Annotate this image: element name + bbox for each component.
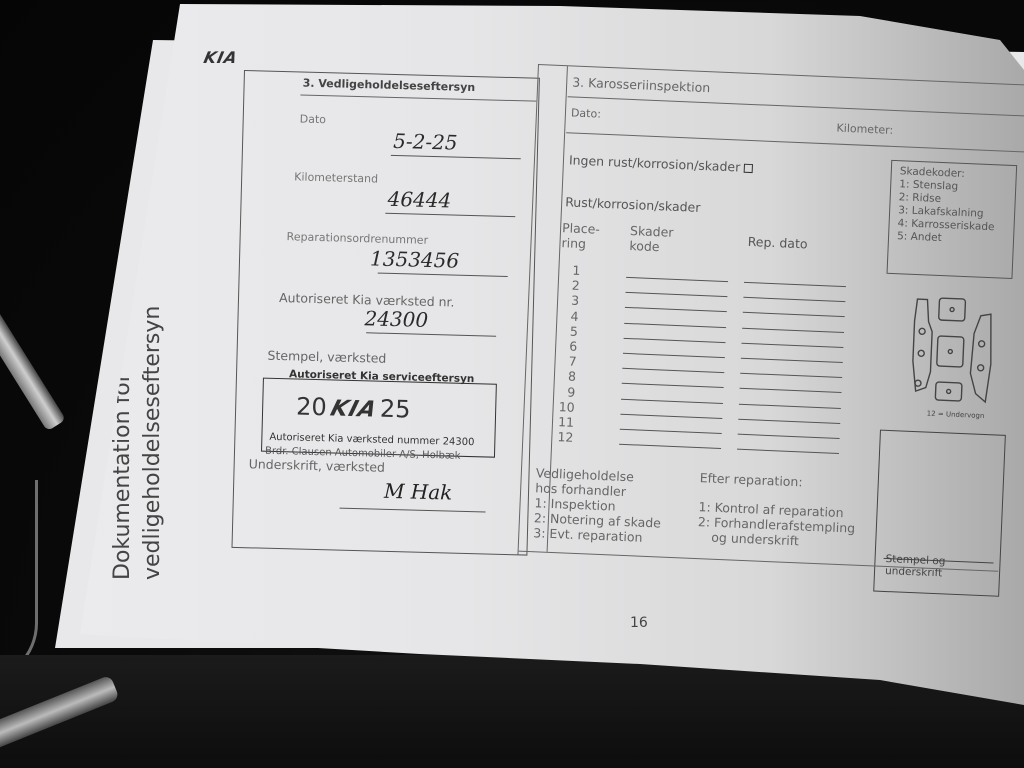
date-label: Dato bbox=[300, 112, 327, 126]
damage-code-header: Skader kode bbox=[629, 223, 674, 255]
placement-header-1: Place- bbox=[562, 220, 600, 237]
service-form-heading: 3. Vedligeholdelseseftersyn bbox=[303, 77, 476, 95]
damage-code-field[interactable] bbox=[621, 398, 723, 403]
divider bbox=[300, 94, 536, 101]
row-number: 4 bbox=[554, 308, 579, 324]
damage-code-field[interactable] bbox=[622, 383, 724, 388]
divider bbox=[566, 132, 1024, 153]
repair-order-underline bbox=[378, 273, 508, 277]
damage-code-field[interactable] bbox=[623, 353, 725, 358]
body-inspection-form: 3. Karosseriinspektion Dato: Kilometer: … bbox=[517, 64, 1024, 576]
repair-date-field[interactable] bbox=[741, 343, 843, 348]
stamp-year: 20KIA25 bbox=[296, 392, 411, 423]
repair-date-field[interactable] bbox=[743, 312, 845, 317]
damage-code-field[interactable] bbox=[624, 338, 726, 343]
row-number: 5 bbox=[554, 323, 579, 339]
service-form: 3. Vedligeholdelseseftersyn Dato 5-2-25 … bbox=[231, 70, 539, 556]
body-inspection-heading: 3. Karosseriinspektion bbox=[572, 74, 711, 95]
damage-code-field[interactable] bbox=[625, 292, 727, 297]
damage-code-field[interactable] bbox=[626, 277, 728, 282]
date-field[interactable]: 5-2-25 bbox=[393, 129, 458, 155]
row-number: 7 bbox=[552, 353, 577, 369]
row-number: 11 bbox=[550, 414, 575, 430]
damage-code-header-2: kode bbox=[629, 238, 673, 255]
svg-text:12 = Undervogn: 12 = Undervogn bbox=[927, 410, 985, 420]
stamp-kia-logo: KIA bbox=[327, 396, 379, 422]
spine-title-line2: vedligeholdelseseftersyn bbox=[138, 306, 168, 580]
repair-date-field[interactable] bbox=[739, 403, 841, 408]
repair-date-field[interactable] bbox=[743, 297, 845, 302]
damage-codes-box: Skadekoder: 1: Stenslag 2: Ridse 3: Laka… bbox=[887, 160, 1018, 279]
row-number: 2 bbox=[555, 277, 580, 293]
date-underline bbox=[391, 155, 521, 159]
dealer-stamp-box[interactable]: Stempel og underskrift bbox=[873, 430, 1006, 597]
row-number: 8 bbox=[552, 368, 577, 384]
repair-date-field[interactable] bbox=[740, 388, 842, 393]
page-number: 16 bbox=[630, 615, 648, 631]
inspection-date-label: Dato: bbox=[571, 106, 601, 120]
damage-code-field[interactable] bbox=[619, 444, 721, 449]
damage-code-field[interactable] bbox=[625, 307, 727, 312]
placement-header: Place- ring bbox=[561, 220, 600, 252]
damage-code-field[interactable] bbox=[624, 322, 726, 327]
damage-code-field[interactable] bbox=[622, 368, 724, 373]
repair-date-field[interactable] bbox=[741, 358, 843, 363]
rust-label: Rust/korrosion/skader bbox=[565, 194, 701, 215]
repair-date-header: Rep. dato bbox=[747, 234, 807, 251]
no-rust-checkbox[interactable] bbox=[744, 164, 753, 173]
row-number: 10 bbox=[550, 399, 575, 415]
repair-order-field[interactable]: 1353456 bbox=[370, 246, 460, 272]
no-rust-text: Ingen rust/korrosion/skader bbox=[569, 152, 741, 174]
stamp-label: Stempel, værksted bbox=[267, 348, 386, 366]
damage-code-field[interactable] bbox=[620, 414, 722, 419]
signature-label: Underskrift, værksted bbox=[248, 456, 385, 475]
repair-date-field[interactable] bbox=[738, 418, 840, 423]
mileage-field[interactable]: 46444 bbox=[387, 187, 451, 213]
signature-underline bbox=[340, 508, 486, 513]
mileage-label: Kilometerstand bbox=[294, 170, 378, 185]
repair-date-field[interactable] bbox=[737, 449, 839, 454]
repair-date-field[interactable] bbox=[738, 434, 840, 439]
workshop-number-field[interactable]: 24300 bbox=[364, 306, 428, 332]
car-body-diagram-icon: 12 = Undervogn bbox=[904, 291, 999, 425]
repair-date-field[interactable] bbox=[740, 373, 842, 378]
stamp-year-left: 20 bbox=[296, 392, 327, 421]
maintenance-notes: Vedligeholdelse hos forhandler 1: Inspek… bbox=[533, 465, 663, 545]
inspection-mileage-label: Kilometer: bbox=[836, 122, 893, 137]
row-number: 1 bbox=[556, 262, 581, 278]
damage-code-field[interactable] bbox=[620, 429, 722, 434]
mileage-underline bbox=[385, 213, 515, 217]
row-number: 6 bbox=[553, 338, 578, 354]
placement-header-2: ring bbox=[561, 235, 599, 252]
service-booklet: KIA Dokumentation for vedligeholdelsesef… bbox=[0, 0, 1024, 768]
row-number: 3 bbox=[555, 292, 580, 308]
divider bbox=[568, 96, 1024, 117]
row-number: 9 bbox=[551, 383, 576, 399]
damage-codes: Skadekoder: 1: Stenslag 2: Ridse 3: Laka… bbox=[897, 165, 997, 247]
stamp-year-right: 25 bbox=[380, 395, 411, 424]
kia-logo: KIA bbox=[202, 48, 240, 67]
workshop-number-underline bbox=[366, 332, 496, 336]
repair-order-label: Reparationsordrenummer bbox=[286, 230, 428, 247]
row-number: 12 bbox=[549, 429, 574, 445]
repair-date-field[interactable] bbox=[742, 327, 844, 332]
after-repair-notes: Efter reparation: 1: Kontrol af reparati… bbox=[697, 470, 857, 551]
signature-field[interactable]: M Hak bbox=[384, 479, 453, 505]
repair-date-field[interactable] bbox=[744, 282, 846, 287]
no-rust-label: Ingen rust/korrosion/skader bbox=[569, 152, 754, 175]
